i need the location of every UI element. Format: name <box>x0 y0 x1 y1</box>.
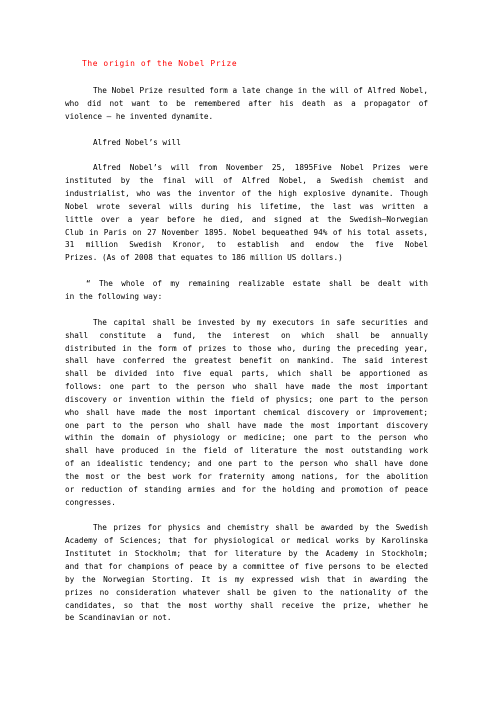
text-line: in the following way: <box>65 291 428 304</box>
text-line: candidates, so that the most worthy shal… <box>65 600 428 613</box>
document-title: The origin of the Nobel Prize <box>82 57 428 70</box>
section-heading: Alfred Nobel’s will <box>65 137 428 150</box>
text-line: The prizes for physics and chemistry sha… <box>65 522 428 535</box>
text-line: be Scandinavian or not. <box>65 612 428 625</box>
text-line: distributed in the form of prizes to tho… <box>65 343 428 356</box>
text-line: The Nobel Prize resulted form a late cha… <box>65 85 428 98</box>
text-line: within the domain of physiology or medic… <box>65 432 428 445</box>
text-line: of an idealistic tendency; and one part … <box>65 458 428 471</box>
paragraph: “ The whole of my remaining realizable e… <box>65 278 428 304</box>
text-line: industrialist, who was the inventor of t… <box>65 188 428 201</box>
text-line: or reduction of standing armies and for … <box>65 484 428 497</box>
text-line: by the Norwegian Storting. It is my expr… <box>65 574 428 587</box>
text-line: Alfred Nobel’s will from November 25, 18… <box>65 162 428 175</box>
paragraph: The capital shall be invested by my exec… <box>65 317 428 510</box>
text-line: Club in Paris on 27 November 1895. Nobel… <box>65 227 428 240</box>
document-body: The Nobel Prize resulted form a late cha… <box>65 85 428 625</box>
paragraph: Alfred Nobel’s will from November 25, 18… <box>65 162 428 265</box>
paragraph: The Nobel Prize resulted form a late cha… <box>65 85 428 124</box>
text-line: Alfred Nobel’s will <box>65 137 428 150</box>
text-line: prizes no consideration whatever shall b… <box>65 587 428 600</box>
text-line: Nobel wrote several wills during his lif… <box>65 201 428 214</box>
text-line: The capital shall be invested by my exec… <box>65 317 428 330</box>
text-line: Academy of Sciences; that for physiologi… <box>65 535 428 548</box>
text-line: shall have produced in the field of lite… <box>65 445 428 458</box>
text-line: shall be divided into five equal parts, … <box>65 368 428 381</box>
document-page: The origin of the Nobel Prize The Nobel … <box>0 0 496 702</box>
text-line: congresses. <box>65 497 428 510</box>
text-line: one part to the person who shall have ma… <box>65 420 428 433</box>
text-line: who shall have made the most important c… <box>65 407 428 420</box>
text-line: 31 million Swedish Kronor, to establish … <box>65 239 428 252</box>
text-line: violence – he invented dynamite. <box>65 111 428 124</box>
text-line: Institutet in Stockholm; that for litera… <box>65 548 428 561</box>
text-line: little over a year before he died, and s… <box>65 214 428 227</box>
text-line: the most or the best work for fraternity… <box>65 471 428 484</box>
text-line: shall constitute a fund, the interest on… <box>65 330 428 343</box>
text-line: and that for champions of peace by a com… <box>65 561 428 574</box>
text-line: discovery or invention within the field … <box>65 394 428 407</box>
text-line: shall have conferred the greatest benefi… <box>65 355 428 368</box>
text-line: Prizes. (As of 2008 that equates to 186 … <box>65 252 428 265</box>
text-line: instituted by the final will of Alfred N… <box>65 175 428 188</box>
text-line: who did not want to be remembered after … <box>65 98 428 111</box>
paragraph: The prizes for physics and chemistry sha… <box>65 522 428 625</box>
text-line: follows: one part to the person who shal… <box>65 381 428 394</box>
text-line: “ The whole of my remaining realizable e… <box>65 278 428 291</box>
